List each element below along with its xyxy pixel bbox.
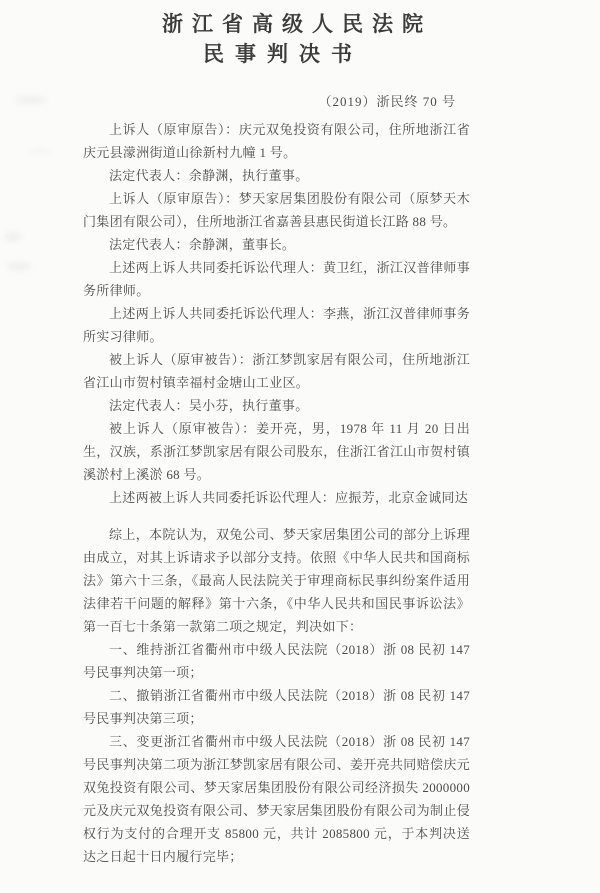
judgment-paragraph: 一、维持浙江省衢州市中级人民法院（2018）浙 08 民初 147 号民事判决第… (83, 638, 470, 684)
party-paragraph: 被上诉人（原审被告）：姜开亮，男，1978 年 11 月 20 日出生，汉族，系… (83, 417, 470, 486)
parties-section: 上诉人（原审原告）：庆元双兔投资有限公司，住所地浙江省庆元县濛洲街道山徐新村九幢… (83, 118, 470, 509)
court-name: 浙江省高级人民法院 (99, 12, 495, 37)
document-title: 民事判决书 (84, 42, 482, 67)
party-paragraph: 法定代表人：吴小芬，执行董事。 (83, 394, 470, 417)
document-content: 浙江省高级人民法院 民事判决书 （2019）浙民终 70 号 上诉人（原审原告）… (0, 0, 600, 868)
party-paragraph: 上诉人（原审原告）：梦天家居集团股份有限公司（原梦天木门集团有限公司），住所地浙… (83, 187, 470, 233)
case-number: （2019）浙民终 70 号 (83, 93, 470, 111)
party-paragraph: 上述两上诉人共同委托诉讼代理人：李燕，浙江汉普律师事务所实习律师。 (83, 302, 470, 348)
party-paragraph: 法定代表人：余静渊，执行董事。 (83, 164, 470, 187)
party-paragraph: 被上诉人（原审被告）：浙江梦凯家居有限公司，住所地浙江省江山市贺村镇幸福村金塘山… (83, 348, 470, 394)
party-paragraph: 上诉人（原审原告）：庆元双兔投资有限公司，住所地浙江省庆元县濛洲街道山徐新村九幢… (83, 118, 470, 164)
judgment-document-page: 浙江省高级人民法院 民事判决书 （2019）浙民终 70 号 上诉人（原审原告）… (0, 0, 600, 893)
judgment-paragraph: 二、撤销浙江省衢州市中级人民法院（2018）浙 08 民初 147 号民事判决第… (83, 684, 470, 730)
judgment-paragraph: 三、变更浙江省衢州市中级人民法院（2018）浙 08 民初 147 号民事判决第… (83, 730, 470, 868)
party-paragraph: 上述两被上诉人共同委托诉讼代理人：应振芳，北京金诚同达 (83, 486, 470, 509)
party-paragraph: 法定代表人：余静渊，董事长。 (83, 233, 470, 256)
holding-section: 综上，本院认为，双兔公司、梦天家居集团公司的部分上诉理由成立，对其上诉请求予以部… (83, 523, 470, 868)
party-paragraph: 上述两上诉人共同委托诉讼代理人：黄卫红，浙江汉普律师事务所律师。 (83, 256, 470, 302)
judgment-paragraph: 综上，本院认为，双兔公司、梦天家居集团公司的部分上诉理由成立，对其上诉请求予以部… (83, 523, 470, 638)
